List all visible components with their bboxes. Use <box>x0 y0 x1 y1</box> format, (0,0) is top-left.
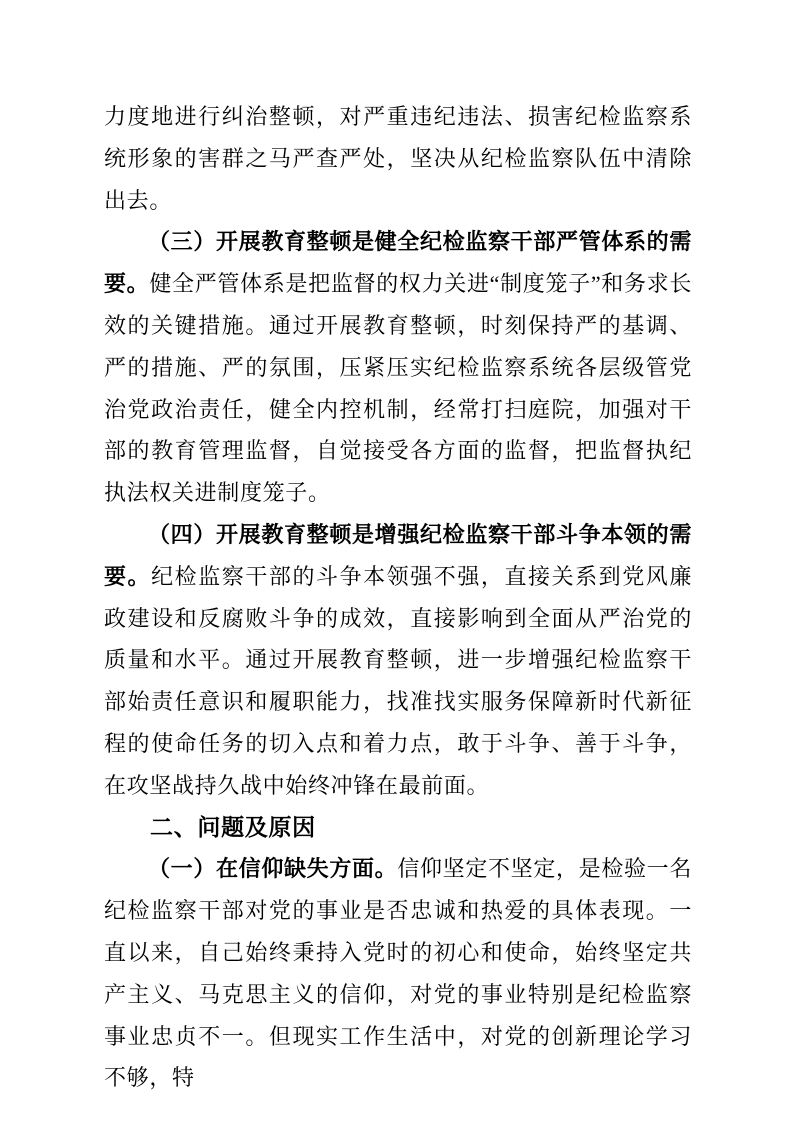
body-text: 健全严管体系是把监督的权力关进“制度笼子”和务求长效的关键措施。通过开展教育整顿… <box>104 271 692 505</box>
paragraph-lead-text: （一）在信仰缺失方面。 <box>148 856 397 881</box>
document-content: 力度地进行纠治整顿，对严重违纪违法、损害纪检监察系统形象的害群之马严查严处，坚决… <box>104 96 692 1099</box>
body-text: 信仰坚定不坚定，是检验一名纪检监察干部对党的事业是否忠诚和热爱的具体表现。一直以… <box>104 856 692 1090</box>
paragraph: （四）开展教育整顿是增强纪检监察干部斗争本领的需要。纪检监察干部的斗争本领强不强… <box>104 514 692 807</box>
body-text: 纪检监察干部的斗争本领强不强，直接关系到党风廉政建设和反腐败斗争的成效，直接影响… <box>104 564 692 798</box>
section-heading: 二、问题及原因 <box>104 807 692 849</box>
paragraph: 力度地进行纠治整顿，对严重违纪违法、损害纪检监察系统形象的害群之马严查严处，坚决… <box>104 96 692 221</box>
body-text: 力度地进行纠治整顿，对严重违纪违法、损害纪检监察系统形象的害群之马严查严处，坚决… <box>104 104 692 213</box>
document-page: 力度地进行纠治整顿，对严重违纪违法、损害纪检监察系统形象的害群之马严查严处，坚决… <box>0 0 793 1122</box>
paragraph: （一）在信仰缺失方面。信仰坚定不坚定，是检验一名纪检监察干部对党的事业是否忠诚和… <box>104 848 692 1099</box>
heading-text: 二、问题及原因 <box>150 814 316 840</box>
paragraph: （三）开展教育整顿是健全纪检监察干部严管体系的需要。健全严管体系是把监督的权力关… <box>104 221 692 514</box>
